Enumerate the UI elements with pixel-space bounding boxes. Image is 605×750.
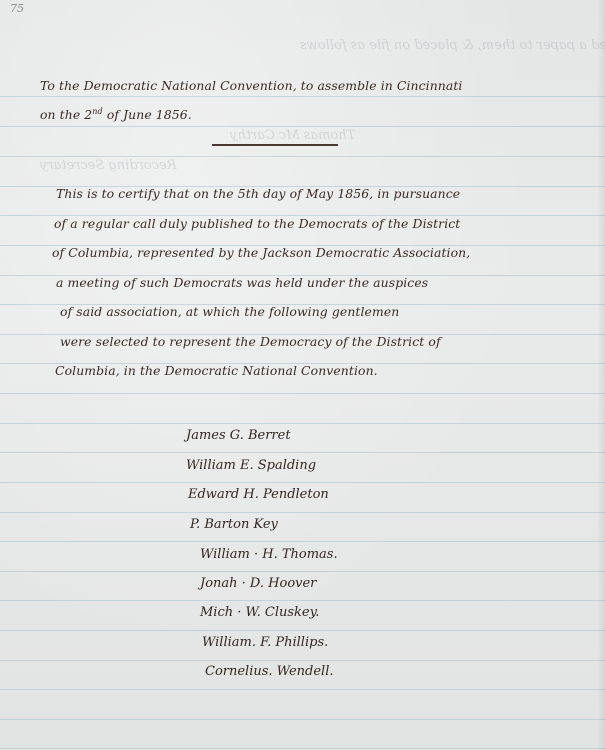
body-line: of said association, at which the follow…: [60, 304, 399, 319]
delegate-name: William · H. Thomas.: [200, 547, 338, 562]
ruled-line: [0, 452, 605, 453]
ruled-line: [0, 156, 605, 157]
delegate-name: Cornelius. Wendell.: [205, 664, 334, 679]
delegate-name: Mich · W. Cluskey.: [200, 605, 319, 620]
ruled-line: [0, 719, 605, 720]
ruled-line: [0, 423, 605, 424]
bleed-through-text: Recording Secretary: [40, 158, 176, 173]
folio-number: 75: [10, 2, 24, 15]
ruled-line: [0, 512, 605, 513]
ruled-line: [0, 571, 605, 572]
ruled-line: [0, 748, 605, 749]
ruled-line: [0, 600, 605, 601]
heading-line-2: on the 2nd of June 1856.: [40, 107, 192, 122]
body-line: a meeting of such Democrats was held und…: [56, 275, 428, 290]
page-edge-shadow: [597, 0, 605, 750]
ruled-line: [0, 630, 605, 631]
manuscript-page: Transmitted a paper to them, & placed on…: [0, 0, 605, 750]
ruled-line: [0, 482, 605, 483]
body-line: This is to certify that on the 5th day o…: [56, 186, 460, 201]
body-line: were selected to represent the Democracy…: [60, 334, 441, 349]
heading-date-post: of June 1856.: [103, 107, 192, 122]
ruled-line: [0, 126, 605, 127]
delegate-name: P. Barton Key: [190, 517, 278, 532]
bleed-through-text: Transmitted a paper to them, & placed on…: [300, 38, 605, 53]
bleed-through-text: Thomas Mc Carthy: [230, 128, 355, 143]
heading-line-1: To the Democratic National Convention, t…: [40, 78, 463, 93]
body-line: of a regular call duly published to the …: [54, 216, 460, 231]
ruled-line: [0, 96, 605, 97]
ruled-line: [0, 660, 605, 661]
body-line: Columbia, in the Democratic National Con…: [55, 363, 378, 378]
delegate-name: Edward H. Pendleton: [188, 487, 329, 502]
ruled-line: [0, 393, 605, 394]
delegate-name: Jonah · D. Hoover: [200, 576, 316, 591]
body-line: of Columbia, represented by the Jackson …: [52, 245, 470, 260]
delegate-name: William E. Spalding: [186, 458, 316, 473]
ruled-line: [0, 541, 605, 542]
heading-date-pre: on the 2: [40, 107, 92, 122]
ruled-line: [0, 689, 605, 690]
delegate-name: James G. Berret: [186, 428, 291, 443]
divider-rule: [212, 144, 338, 146]
heading-date-sup: nd: [92, 107, 102, 116]
delegate-name: William. F. Phillips.: [202, 635, 328, 650]
